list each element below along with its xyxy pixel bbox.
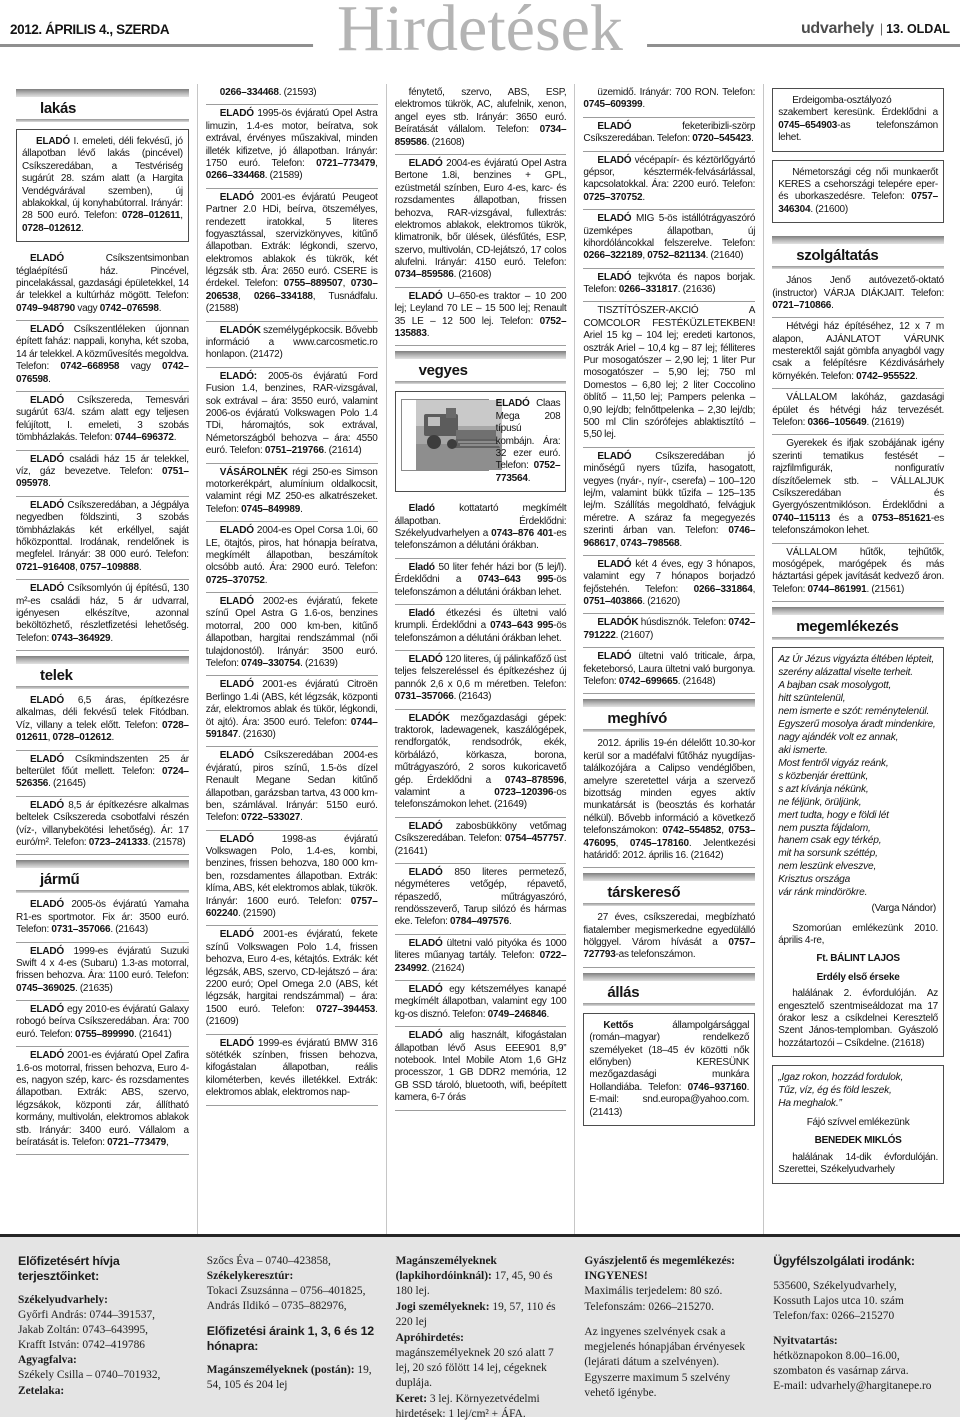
- ad: Eladó 50 liter fehér házi bor (5 lej/l).…: [395, 559, 567, 605]
- footer-line-lead: Magánszemélyeknek (lapkihordóinknál):: [396, 1255, 497, 1282]
- footer-box-1: Előfizetésért hívja terjesztőinket:Széke…: [8, 1254, 197, 1423]
- footer-line: 535600, Székelyudvarhely,: [773, 1279, 942, 1294]
- page-number: 13. OLDAL: [886, 22, 950, 36]
- section-bar: [583, 973, 755, 981]
- ad-lead: ELADÓ: [220, 679, 254, 690]
- memorial-line: „Igaz rokon, hozzád fordulok,: [778, 1072, 938, 1085]
- ad-lead: ELADÓ: [597, 213, 631, 224]
- footer-line: magánszemélyeknek 20 szó alatt 7 lej, 20…: [396, 1346, 565, 1391]
- ad: ELADÓ 2004-es évjáratú Opel Astra Berton…: [395, 155, 567, 288]
- ad-lead: ELADÓ: [30, 500, 64, 511]
- section-label: jármű: [16, 868, 189, 890]
- section-label: szolgáltatás: [772, 244, 944, 266]
- ad-lead: Eladó: [409, 562, 435, 573]
- column-5: Erdeigomba-osztályozó szakembert keresün…: [763, 84, 952, 1234]
- footer-line: Magánszemélyeknek (postán): 19, 54, 105 …: [207, 1363, 376, 1393]
- ad-lead: ELADÓ: [597, 155, 631, 166]
- footer-line: Kossuth Lajos utca 10. szám: [773, 1294, 942, 1309]
- ad-lead: ELADÓ:: [220, 371, 257, 382]
- ad: 2012. április 19-én délelőtt 10.30-kor k…: [583, 735, 755, 868]
- memorial-line: Az Úr Jézus vigyázta éltében lépteit,: [778, 654, 938, 667]
- ad: ELADÓ Csíkszentléleken újonnan épített f…: [16, 321, 189, 392]
- footer-line: Székelykeresztúr:: [207, 1269, 376, 1284]
- section-bar: [16, 860, 189, 868]
- memorial-line: nagy ajándék volt ez annak,: [778, 732, 938, 745]
- column-2: 0266–334468. (21593)ELADÓ 1995-ös évjára…: [197, 84, 386, 1234]
- footer-line: Telefonszám: 0266–215270.: [584, 1300, 753, 1315]
- ad-lead: ELADÓ: [220, 596, 254, 607]
- ad: ELADÓ 1998-as évjáratú Volkswagen Polo, …: [206, 831, 378, 927]
- ad-lead: ELADÓ: [30, 324, 64, 335]
- footer-line: Apróhirdetés:: [396, 1331, 565, 1346]
- brand-logo: udvarhely: [801, 20, 874, 37]
- section-rule: [16, 686, 189, 689]
- ad: ELADÓ 2004-es Opel Corsa 1.0i, 60 LE, öt…: [206, 522, 378, 593]
- memorial-line: s azt kívánja nékünk,: [778, 784, 938, 797]
- ad-lead: ELADÓ: [30, 899, 64, 910]
- ad: ELADÓ vécépapír- és kéztörlőgyártó gépso…: [583, 152, 755, 211]
- ad: ELADÓ egy 2010-es évjáratú Galaxy robogó…: [16, 1001, 189, 1047]
- ad: ELADÓ Csíksomlyón új építésű, 130 m²-es …: [16, 580, 189, 651]
- ad-lead: Kettős: [603, 1020, 633, 1031]
- footer-line: András Ildikó – 0735–882976,: [207, 1299, 376, 1314]
- memorial-line: hitt szüntelenül,: [778, 693, 938, 706]
- combine-harvester-photo: [401, 399, 489, 471]
- memorial-line: halálának 14-dik évfordulóján. Szerettei…: [778, 1152, 938, 1177]
- memorial-line: Egyszerű mosolya áradt mindenkire,: [778, 719, 938, 732]
- footer-line: Győrfi András: 0744–391537,: [18, 1308, 187, 1323]
- memorial-line: Krisztus országa: [778, 874, 938, 887]
- ad: ELADÓ Csíkmindszenten 25 ár belterület f…: [16, 751, 189, 797]
- ad: Eladó étkezési és ültetni való krumpli. …: [395, 605, 567, 651]
- ad-lead: ELADÓ: [220, 750, 254, 761]
- ad: ELADÓK személygépkocsik. Bővebb informác…: [206, 322, 378, 368]
- footer-line: Krafft István: 0742–419786: [18, 1338, 187, 1353]
- ad-lead: ELADÓ: [30, 1050, 64, 1061]
- ad-lead: ELADÓ: [30, 454, 64, 465]
- ad-continuation: üzemidő. Irányár: 700 RON. Telefon: 0745…: [583, 84, 755, 118]
- page-date: 2012. ÁPRILIS 4., SZERDA: [10, 22, 169, 37]
- ad: ELADÓ családi ház 15 ár telekkel, víz, g…: [16, 451, 189, 497]
- ad-lead: VÁSÁROLNÉK: [220, 467, 288, 478]
- ad-lead: ELADÓ: [30, 695, 64, 706]
- section-rule: [583, 903, 755, 906]
- section-bar: [583, 699, 755, 707]
- footer-line-lead: Jogi személyeknek:: [396, 1301, 490, 1313]
- footer-line: hétköznapokon 8.00–16.00,: [773, 1349, 942, 1364]
- ad-lead: ELADÓ: [597, 651, 631, 662]
- ad: VÁLLALOM hűtők, tejhűtők, mosógépek, mar…: [772, 544, 944, 603]
- memorial-line: ne féljünk, örüljünk,: [778, 797, 938, 810]
- ad: ELADÓ 2005-ös évjáratú Yamaha R1-es spor…: [16, 896, 189, 942]
- ad-continuation: 0266–334468. (21593): [206, 84, 378, 105]
- memorial-line: s közbenjár érettünk,: [778, 771, 938, 784]
- ad-lead: ELADÓ: [409, 984, 443, 995]
- section-rule: [395, 381, 567, 384]
- ad-lead: ELADÓ: [220, 929, 254, 940]
- footer-box-3: Magánszemélyeknek (lapkihordóinknál): 17…: [386, 1254, 575, 1423]
- photo-ad: ELADÓ Claas Mega 208 típusú kombájn. Ára…: [395, 391, 567, 492]
- section-header-telek: telek: [16, 651, 189, 692]
- section-bar: [772, 607, 944, 615]
- page-title: Hirdetések: [313, 0, 647, 66]
- section-header-szolgáltatás: szolgáltatás: [772, 231, 944, 272]
- footer-line: Tokaci Zsuzsánna – 0756–401825,: [207, 1284, 376, 1299]
- ad: János Jenő autóvezető-oktató (instructor…: [772, 272, 944, 318]
- section-label: lakás: [16, 97, 189, 119]
- ad: Kettős állampolgársággal (román–magyar) …: [583, 1013, 755, 1126]
- footer-line: Gyászjelentő és megemlékezés: INGYENES!: [584, 1254, 753, 1284]
- ad: Németországi cég női munkaerőt KERES a c…: [772, 160, 944, 224]
- footer-line: Jogi személyeknek: 19, 57, 110 és 220 le…: [396, 1300, 565, 1330]
- ad-lead: ELADÓ: [409, 158, 443, 169]
- section-bar: [772, 236, 944, 244]
- footer-line: Ügyfélszolgálati irodánk:: [773, 1254, 942, 1269]
- ad-lead: ELADÓ: [30, 800, 64, 811]
- memorial-line: aki ismerte.: [778, 745, 938, 758]
- footer-line-lead: Keret:: [396, 1393, 427, 1405]
- footer-box-4: Gyászjelentő és megemlékezés: INGYENES!M…: [574, 1254, 763, 1423]
- footer-line: Zetelaka:: [18, 1384, 187, 1399]
- ad-lead: Eladó: [409, 608, 435, 619]
- section-rule: [772, 266, 944, 269]
- ad-lead: ELADÓ: [220, 192, 254, 203]
- ad-lead: ELADÓ: [30, 395, 64, 406]
- ad-lead: ELADÓ: [220, 834, 254, 845]
- ad-lead: ELADÓK: [409, 713, 450, 724]
- footer-line: szombaton és vasárnap zárva.: [773, 1364, 942, 1379]
- memorial-line: BENEDEK MIKLÓS: [778, 1135, 938, 1147]
- section-label: társkereső: [583, 881, 755, 903]
- brand-separator: |: [880, 22, 883, 36]
- ad: ELADÓ Csíkszereda, Temesvári sugárút 63/…: [16, 392, 189, 451]
- memorial-line: nem leszünk elveszve,: [778, 861, 938, 874]
- section-bar: [583, 873, 755, 881]
- ad: ELADÓ MIG 5-ös istállótrágyaszóró üzemké…: [583, 210, 755, 269]
- ad: ELADÓ Csíkszeredában 2004-es évjáratú, p…: [206, 747, 378, 830]
- memorial-line: Fájó szívvel emlékezünk: [778, 1117, 938, 1129]
- ad: ELADÓ egy kétszemélyes kanapé megkímélt …: [395, 981, 567, 1027]
- ad-lead: ELADÓ: [409, 867, 443, 878]
- ad-lead: ELADÓ: [30, 253, 64, 264]
- section-header-lakás: lakás: [16, 84, 189, 125]
- ad: VÁLLALOM lakóház, gazdasági épület és hé…: [772, 389, 944, 435]
- section-bar: [16, 89, 189, 97]
- section-header-állás: állás: [583, 968, 755, 1009]
- footer-box-2: Szőcs Éva – 0740–423858,Székelykeresztúr…: [197, 1254, 386, 1423]
- memorial-line: (Varga Nándor): [778, 903, 936, 915]
- footer-line: Az ingyenes szelvények csak a megjelenés…: [584, 1325, 753, 1370]
- footer-line: Székelyudvarhely:: [18, 1293, 187, 1308]
- ad: ELADÓ ültetni való triticale, árpa, feke…: [583, 648, 755, 694]
- ad: Eladó kottatartó megkímélt állapotban. É…: [395, 500, 567, 559]
- column-1: lakásELADÓ I. emeleti, déli fekvésű, jó …: [8, 84, 197, 1234]
- memorial-ad: „Igaz rokon, hozzád fordulok,Tűz, víz, é…: [772, 1065, 944, 1183]
- ad-lead: ELADÓ: [597, 121, 631, 132]
- ad-lead: ELADÓ: [220, 108, 254, 119]
- footer-line: Telefon/fax: 0266–215270: [773, 1309, 942, 1324]
- section-label: vegyes: [395, 359, 567, 381]
- footer-line: Székely Csilla – 0740–701932,: [18, 1368, 187, 1383]
- ad-lead: ELADÓK: [597, 617, 638, 628]
- ad: ELADÓ 2002-es évjáratú, fekete színű Ope…: [206, 593, 378, 676]
- ad-lead: Eladó: [409, 503, 435, 514]
- footer-box-5: Ügyfélszolgálati irodánk:535600, Székely…: [763, 1254, 952, 1423]
- combine-harvester-photo-graphic: [416, 400, 502, 470]
- ad-lead: ELADÓ: [30, 754, 64, 765]
- masthead: 2012. ÁPRILIS 4., SZERDA Hirdetések udva…: [0, 0, 960, 84]
- section-rule: [583, 729, 755, 732]
- footer-line: Jakab Zoltán: 0743–643995,: [18, 1323, 187, 1338]
- footer-line: Keret: 3 lej. Környezetvédelmi hirdetése…: [396, 1392, 565, 1422]
- footer-line: Magánszemélyeknek (lapkihordóinknál): 17…: [396, 1254, 565, 1299]
- section-header-társkereső: társkereső: [583, 868, 755, 909]
- ad-lead: ELADÓ: [409, 1030, 443, 1041]
- memorial-ad: Az Úr Jézus vigyázta éltében lépteit,sze…: [772, 647, 944, 1057]
- ad: ELADÓ 2001-es évjáratú, fekete színű Vol…: [206, 926, 378, 1034]
- ad: ELADÓ ültetni való pityóka és 1000 liter…: [395, 935, 567, 981]
- footer-line: Előfizetésért hívja terjesztőinket:: [18, 1254, 187, 1283]
- footer-line: Szőcs Éva – 0740–423858,: [207, 1254, 376, 1269]
- ad: 27 éves, csíkszeredai, megbízható fiatal…: [583, 909, 755, 968]
- section-label: meghívó: [583, 707, 755, 729]
- ad: ELADÓ: 2005-ös évjáratú Ford Fusion 1.4,…: [206, 368, 378, 464]
- section-header-vegyes: vegyes: [395, 346, 567, 387]
- ad: ELADÓ 120 literes, új pálinkafőző üst te…: [395, 651, 567, 710]
- footer-boxes: Előfizetésért hívja terjesztőinket:Széke…: [8, 1254, 952, 1423]
- memorial-line: szerény alázattal viselte terheit.: [778, 667, 938, 680]
- ad: ELADÓ 850 literes permetező, négyméteres…: [395, 864, 567, 935]
- memorial-line: Ha meghalok.”: [778, 1098, 938, 1111]
- ad: ELADÓ Csíkszeredában jó minőségű nyers t…: [583, 448, 755, 556]
- ad: TISZTÍTÓSZER-AKCIÓ A COMCOLOR FESTÉKÜZLE…: [583, 302, 755, 447]
- ad-lead: ELADÓ: [30, 583, 64, 594]
- section-label: állás: [583, 981, 755, 1003]
- ad-lead: ELADÓ: [597, 272, 631, 283]
- ad: Hétvégi ház építéséhez, 12 x 7 m alapon,…: [772, 318, 944, 389]
- ad: Gyerekek és ifjak szobájának igény szeri…: [772, 435, 944, 543]
- ad-continuation: fénytető, szervo, ABS, ESP, elektromos t…: [395, 84, 567, 155]
- ad: ELADÓ I. emeleti, déli fekvésű, jó állap…: [16, 129, 189, 242]
- ad: ELADÓ feketeribizli-szörp Csíkszeredában…: [583, 118, 755, 152]
- footer-line: Maximális terjedelem: 80 szó.: [584, 1284, 753, 1299]
- footer-line: E-mail: udvarhely@hargitanepe.ro: [773, 1379, 942, 1394]
- section-header-megemlékezés: megemlékezés: [772, 602, 944, 643]
- memorial-line: hanem csak egy térkép,: [778, 835, 938, 848]
- memorial-line: nem ismerte e szót: reménytelenül.: [778, 706, 938, 719]
- ad: ELADÓK mezőgazdasági gépek: traktorok, l…: [395, 710, 567, 818]
- ad: ELADÓ Csíkszentsimonban téglaépítésű ház…: [16, 250, 189, 321]
- memorial-line: halálának 2. évfordulóján. Az engesztelő…: [778, 988, 938, 1050]
- ad-lead: ELADÓ: [220, 1038, 254, 1049]
- memorial-line: vár ránk mindörökre.: [778, 887, 938, 900]
- memorial-line: Tűz, víz, ég és föld leszek,: [778, 1085, 938, 1098]
- ad: ELADÓ zabosbükköny vetőmag Csíkszeredába…: [395, 818, 567, 864]
- section-rule: [583, 1003, 755, 1006]
- footer: Előfizetésért hívja terjesztőinket:Széke…: [0, 1234, 960, 1417]
- ad: ELADÓ 6,5 áras, építkezésre alkalmas, dé…: [16, 692, 189, 751]
- memorial-line: mit ha sorsunk széttép,: [778, 848, 938, 861]
- ad: ELADÓ alig használt, kifogástalan állapo…: [395, 1027, 567, 1110]
- memorial-line: nem puszta fájdalom,: [778, 823, 938, 836]
- ad: ELADÓ Csíkszeredában, a Jégpálya negyedb…: [16, 497, 189, 580]
- ad-lead: ELADÓ: [597, 559, 631, 570]
- memorial-line: Most fentről vigyáz reánk,: [778, 758, 938, 771]
- section-bar: [16, 656, 189, 664]
- ad: VÁSÁROLNÉK régi 250-es Simson motorkerék…: [206, 464, 378, 523]
- ad: ELADÓ U–650-es traktor – 10 200 lej; Ley…: [395, 288, 567, 347]
- newspaper-page: { "masthead": { "date": "2012. ÁPRILIS 4…: [0, 0, 960, 1423]
- section-label: megemlékezés: [772, 615, 944, 637]
- ad-lead: ELADÓ: [496, 398, 530, 409]
- ad: ELADÓ tejkvóta és napos borjak. Telefon:…: [583, 269, 755, 303]
- footer-line: Agyagfalva:: [18, 1353, 187, 1368]
- section-rule: [772, 637, 944, 640]
- ad: ELADÓ 2001-es évjáratú Citroën Berlingo …: [206, 676, 378, 747]
- ad-lead: ELADÓ: [30, 1004, 64, 1015]
- column-4: üzemidő. Irányár: 700 RON. Telefon: 0745…: [574, 84, 763, 1234]
- ad-lead: ELADÓ: [220, 525, 254, 536]
- ad-lead: ELADÓK: [220, 325, 261, 336]
- section-header-meghívó: meghívó: [583, 694, 755, 735]
- column-3: fénytető, szervo, ABS, ESP, elektromos t…: [386, 84, 575, 1234]
- ad: ELADÓ két 4 éves, egy 3 hónapos, valamin…: [583, 556, 755, 615]
- ad: ELADÓK húsdisznók. Telefon: 0742–791222.…: [583, 614, 755, 648]
- memorial-line: mert tudta, hogy e földi lét: [778, 810, 938, 823]
- ad-lead: ELADÓ: [409, 291, 443, 302]
- ad: Erdeigomba-osztályozó szakembert keresün…: [772, 88, 944, 152]
- ad-lead: ELADÓ: [409, 938, 443, 949]
- columns-area: lakásELADÓ I. emeleti, déli fekvésű, jó …: [8, 84, 952, 1234]
- memorial-line: Ft. BÁLINT LAJOS: [778, 953, 938, 965]
- ad-lead: ELADÓ: [36, 136, 70, 147]
- ad: ELADÓ 1999-es évjáratú BMW 316 sötétkék …: [206, 1035, 378, 1106]
- ad: ELADÓ 8,5 ár építkezésre alkalmas beltel…: [16, 797, 189, 856]
- masthead-right: udvarhely|13. OLDAL: [801, 20, 950, 38]
- memorial-line: Erdély első érseke: [778, 972, 938, 984]
- footer-line-lead: Magánszemélyeknek (postán):: [207, 1364, 355, 1376]
- memorial-line: Szomorúan emlékezünk 2010. április 4-re,: [778, 923, 938, 948]
- section-label: telek: [16, 664, 189, 686]
- ad: ELADÓ 1995-ös évjáratú Opel Astra limuzi…: [206, 105, 378, 188]
- ad-lead: ELADÓ: [409, 654, 443, 665]
- section-rule: [16, 119, 189, 122]
- ad-lead: ELADÓ: [409, 821, 443, 832]
- section-rule: [16, 890, 189, 893]
- memorial-line: A bajban csak mosolygott,: [778, 680, 938, 693]
- ad: ELADÓ 2001-es évjáratú Peugeot Partner 2…: [206, 189, 378, 322]
- footer-line: Egyszerre maximum 5 szelvény vehető igén…: [584, 1371, 753, 1401]
- ad: ELADÓ 2001-es évjáratú Opel Zafira 1.6-o…: [16, 1047, 189, 1155]
- section-header-jármű: jármű: [16, 855, 189, 896]
- footer-line: Előfizetési áraink 1, 3, 6 és 12 hónapra…: [207, 1324, 376, 1353]
- section-bar: [395, 351, 567, 359]
- footer-line: Nyitvatartás:: [773, 1334, 942, 1349]
- ad-lead: ELADÓ: [30, 946, 64, 957]
- ad-lead: ELADÓ: [597, 451, 631, 462]
- ad: ELADÓ 1999-es évjáratú Suzuki Swift 4 x …: [16, 943, 189, 1002]
